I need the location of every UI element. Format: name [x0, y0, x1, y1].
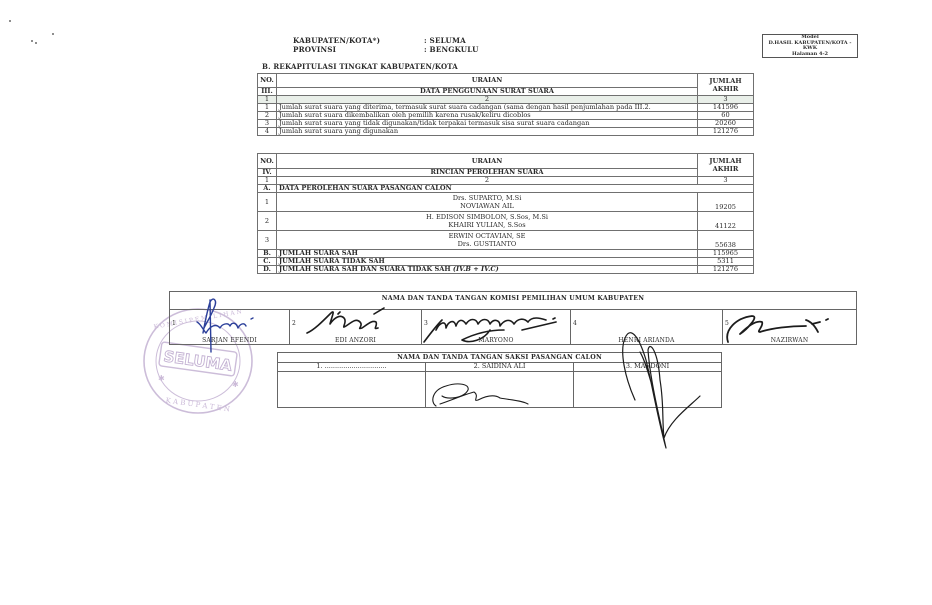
section-no: IV. [258, 169, 277, 177]
candidate-name-1: ERWIN OCTAVIAN, SE [279, 232, 695, 240]
col-header-uraian: URAIAN [277, 74, 698, 88]
index-cell: 2 [277, 96, 698, 104]
header-value-provinsi: : BENGKULU [424, 45, 479, 54]
candidate-row: 2 H. EDISON SIMBOLON, S.Sos, M.Si KHAIRI… [258, 212, 754, 231]
table-row: 2 Jumlah surat suara dikembalikan oleh p… [258, 112, 754, 120]
witness-name: 2. SAIDINA ALI [426, 362, 574, 371]
svg-text:✱: ✱ [158, 374, 165, 383]
total-no: D. [258, 266, 277, 274]
candidate-row: 1 Drs. SUPARTO, M.Si NOVIAWAN AIL 19205 [258, 193, 754, 212]
col-header-jumlah: JUMLAH AKHIR [698, 154, 754, 177]
member-no: 2 [292, 320, 296, 327]
total-value: 121276 [698, 266, 754, 274]
section-heading: RINCIAN PEROLEHAN SUARA [277, 169, 698, 177]
svg-text:✱: ✱ [232, 380, 239, 389]
member-name: EDI ANZORI [290, 337, 421, 344]
table-ballot-usage: NO. URAIAN JUMLAH AKHIR III. DATA PENGGU… [257, 73, 754, 136]
member-name: SARJAN EFENDI [170, 337, 289, 344]
member-no: 3 [424, 320, 428, 327]
witness-name: 3. MARDONI [574, 362, 721, 371]
row-no: 3 [258, 120, 277, 128]
row-jumlah: 141596 [698, 104, 754, 112]
row-uraian: Jumlah surat suara yang tidak digunakan/… [277, 120, 698, 128]
header-label-kabupaten: KABUPATEN/KOTA*) [293, 36, 380, 45]
witness-signature-box: NAMA DAN TANDA TANGAN SAKSI PASANGAN CAL… [277, 352, 722, 408]
svg-text:K A B U P A T E N: K A B U P A T E N [165, 397, 230, 414]
index-cell: 1 [258, 177, 277, 185]
header-value-kabupaten: : SELUMA [424, 36, 466, 45]
index-cell: 3 [698, 177, 754, 185]
candidate-votes: 19205 [698, 193, 754, 212]
stamp-center-text: SELUMA [162, 347, 233, 374]
candidate-name-1: Drs. SUPARTO, M.Si [279, 194, 695, 202]
commission-member-cell: 4 HENRI ARIANDA [571, 310, 723, 344]
candidate-no: 1 [258, 193, 277, 212]
witness-name: 1. .............................. [278, 362, 426, 371]
candidate-no: 3 [258, 231, 277, 250]
total-label: JUMLAH SUARA SAH [277, 250, 698, 258]
total-value: 115965 [698, 250, 754, 258]
candidate-votes: 55638 [698, 231, 754, 250]
col-header-no: NO. [258, 74, 277, 88]
part-a-title: DATA PEROLEHAN SUARA PASANGAN CALON [277, 185, 754, 193]
section-no: III. [258, 88, 277, 96]
col-header-uraian: URAIAN [277, 154, 698, 169]
form-model-box: Model D.HASIL KABUPATEN/KOTA - KWK Halam… [762, 34, 858, 58]
row-uraian: Jumlah surat suara yang diterima, termas… [277, 104, 698, 112]
witness-signature-cell [278, 372, 426, 407]
total-row: C. JUMLAH SUARA TIDAK SAH 5311 [258, 258, 754, 266]
col-header-no: NO. [258, 154, 277, 169]
row-uraian: Jumlah surat suara dikembalikan oleh pem… [277, 112, 698, 120]
candidate-row: 3 ERWIN OCTAVIAN, SE Drs. GUSTIANTO 5563… [258, 231, 754, 250]
member-name: HENRI ARIANDA [571, 337, 722, 344]
member-no: 5 [725, 320, 729, 327]
index-cell: 2 [277, 177, 698, 185]
commission-member-cell: 5 NAZIRWAN [723, 310, 856, 344]
total-row: D. JUMLAH SUARA SAH DAN SUARA TIDAK SAH … [258, 266, 754, 274]
index-cell: 1 [258, 96, 277, 104]
candidate-votes: 41122 [698, 212, 754, 231]
member-no: 4 [573, 320, 577, 327]
table-row: 1 Jumlah surat suara yang diterima, term… [258, 104, 754, 112]
candidate-no: 2 [258, 212, 277, 231]
row-jumlah: 20260 [698, 120, 754, 128]
total-no: B. [258, 250, 277, 258]
part-a-no: A. [258, 185, 277, 193]
commission-member-cell: 3 MARYONO [422, 310, 571, 344]
candidate-name-2: NOVIAWAN AIL [279, 202, 695, 210]
candidate-name-2: KHAIRI YULIAN, S.Sos [279, 221, 695, 229]
row-no: 2 [258, 112, 277, 120]
commission-signature-box: NAMA DAN TANDA TANGAN KOMISI PEMILIHAN U… [169, 291, 857, 345]
header-label-provinsi: PROVINSI [293, 45, 336, 54]
total-label: JUMLAH SUARA TIDAK SAH [277, 258, 698, 266]
section-title: B. REKAPITULASI TINGKAT KABUPATEN/KOTA [262, 62, 458, 71]
col-header-jumlah: JUMLAH AKHIR [698, 74, 754, 96]
total-row: B. JUMLAH SUARA SAH 115965 [258, 250, 754, 258]
row-no: 1 [258, 104, 277, 112]
candidate-name-1: H. EDISON SIMBOLON, S.Sos, M.Si [279, 213, 695, 221]
candidate-name-2: Drs. GUSTIANTO [279, 240, 695, 248]
total-label: JUMLAH SUARA SAH DAN SUARA TIDAK SAH (IV… [277, 266, 698, 274]
table-row: 4 Jumlah surat suara yang digunakan 1212… [258, 128, 754, 136]
model-line: Halaman 4-2 [763, 52, 857, 58]
commission-member-cell: 1 SARJAN EFENDI [170, 310, 290, 344]
row-no: 4 [258, 128, 277, 136]
total-no: C. [258, 258, 277, 266]
section-heading: DATA PENGGUNAAN SURAT SUARA [277, 88, 698, 96]
witness-signature-cell [574, 372, 721, 407]
member-name: NAZIRWAN [723, 337, 856, 344]
total-value: 5311 [698, 258, 754, 266]
table-row: 3 Jumlah surat suara yang tidak digunaka… [258, 120, 754, 128]
row-jumlah: 60 [698, 112, 754, 120]
witness-signature-cell [426, 372, 574, 407]
commission-member-cell: 2 EDI ANZORI [290, 310, 422, 344]
member-no: 1 [172, 320, 176, 327]
index-cell: 3 [698, 96, 754, 104]
row-uraian: Jumlah surat suara yang digunakan [277, 128, 698, 136]
commission-title: NAMA DAN TANDA TANGAN KOMISI PEMILIHAN U… [170, 295, 856, 302]
row-jumlah: 121276 [698, 128, 754, 136]
table-vote-results: NO. URAIAN JUMLAH AKHIR IV. RINCIAN PERO… [257, 153, 754, 274]
member-name: MARYONO [422, 337, 570, 344]
